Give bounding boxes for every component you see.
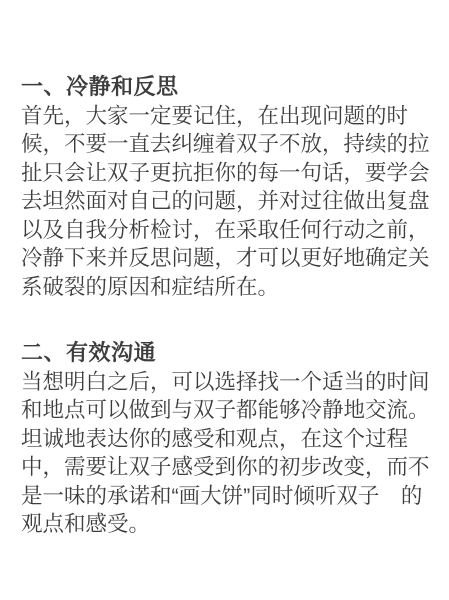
text-line: 坦诚地表达你的感受和观点，在这个过程 xyxy=(21,425,432,454)
text-line: 系破裂的原因和症结所在。 xyxy=(21,273,432,302)
section-effective-communication: 二、有效沟通 当想明白之后，可以选择找一个适当的时间和地点可以做到与双子都能够冷… xyxy=(21,339,432,539)
text-line: 和地点可以做到与双子都能够冷静地交流。 xyxy=(21,396,432,425)
section-body: 首先，大家一定要记住，在出现问题的时候，不要一直去纠缠着双子不放，持续的拉扯只会… xyxy=(21,102,432,302)
text-line: 以及自我分析检讨，在采取任何行动之前， xyxy=(21,216,432,245)
text-line: 当想明白之后，可以选择找一个适当的时间 xyxy=(21,368,432,397)
text-line: 冷静下来并反思问题，才可以更好地确定关 xyxy=(21,244,432,273)
text-line: 中，需要让双子感受到你的初步改变，而不 xyxy=(21,453,432,482)
text-line: 扯只会让双子更抗拒你的每一句话，要学会 xyxy=(21,159,432,188)
article-page: 一、冷静和反思 首先，大家一定要记住，在出现问题的时候，不要一直去纠缠着双子不放… xyxy=(0,0,449,600)
text-line: 首先，大家一定要记住，在出现问题的时 xyxy=(21,102,432,131)
section-heading: 一、冷静和反思 xyxy=(21,73,432,102)
section-body: 当想明白之后，可以选择找一个适当的时间和地点可以做到与双子都能够冷静地交流。坦诚… xyxy=(21,368,432,539)
text-line: 观点和感受。 xyxy=(21,510,432,539)
section-heading: 二、有效沟通 xyxy=(21,339,432,368)
text-line: 是一味的承诺和“画大饼”同时倾听双子 的 xyxy=(21,482,432,511)
text-line: 去坦然面对自己的问题，并对过往做出复盘 xyxy=(21,187,432,216)
section-calm-reflection: 一、冷静和反思 首先，大家一定要记住，在出现问题的时候，不要一直去纠缠着双子不放… xyxy=(21,73,432,301)
text-line: 候，不要一直去纠缠着双子不放，持续的拉 xyxy=(21,130,432,159)
